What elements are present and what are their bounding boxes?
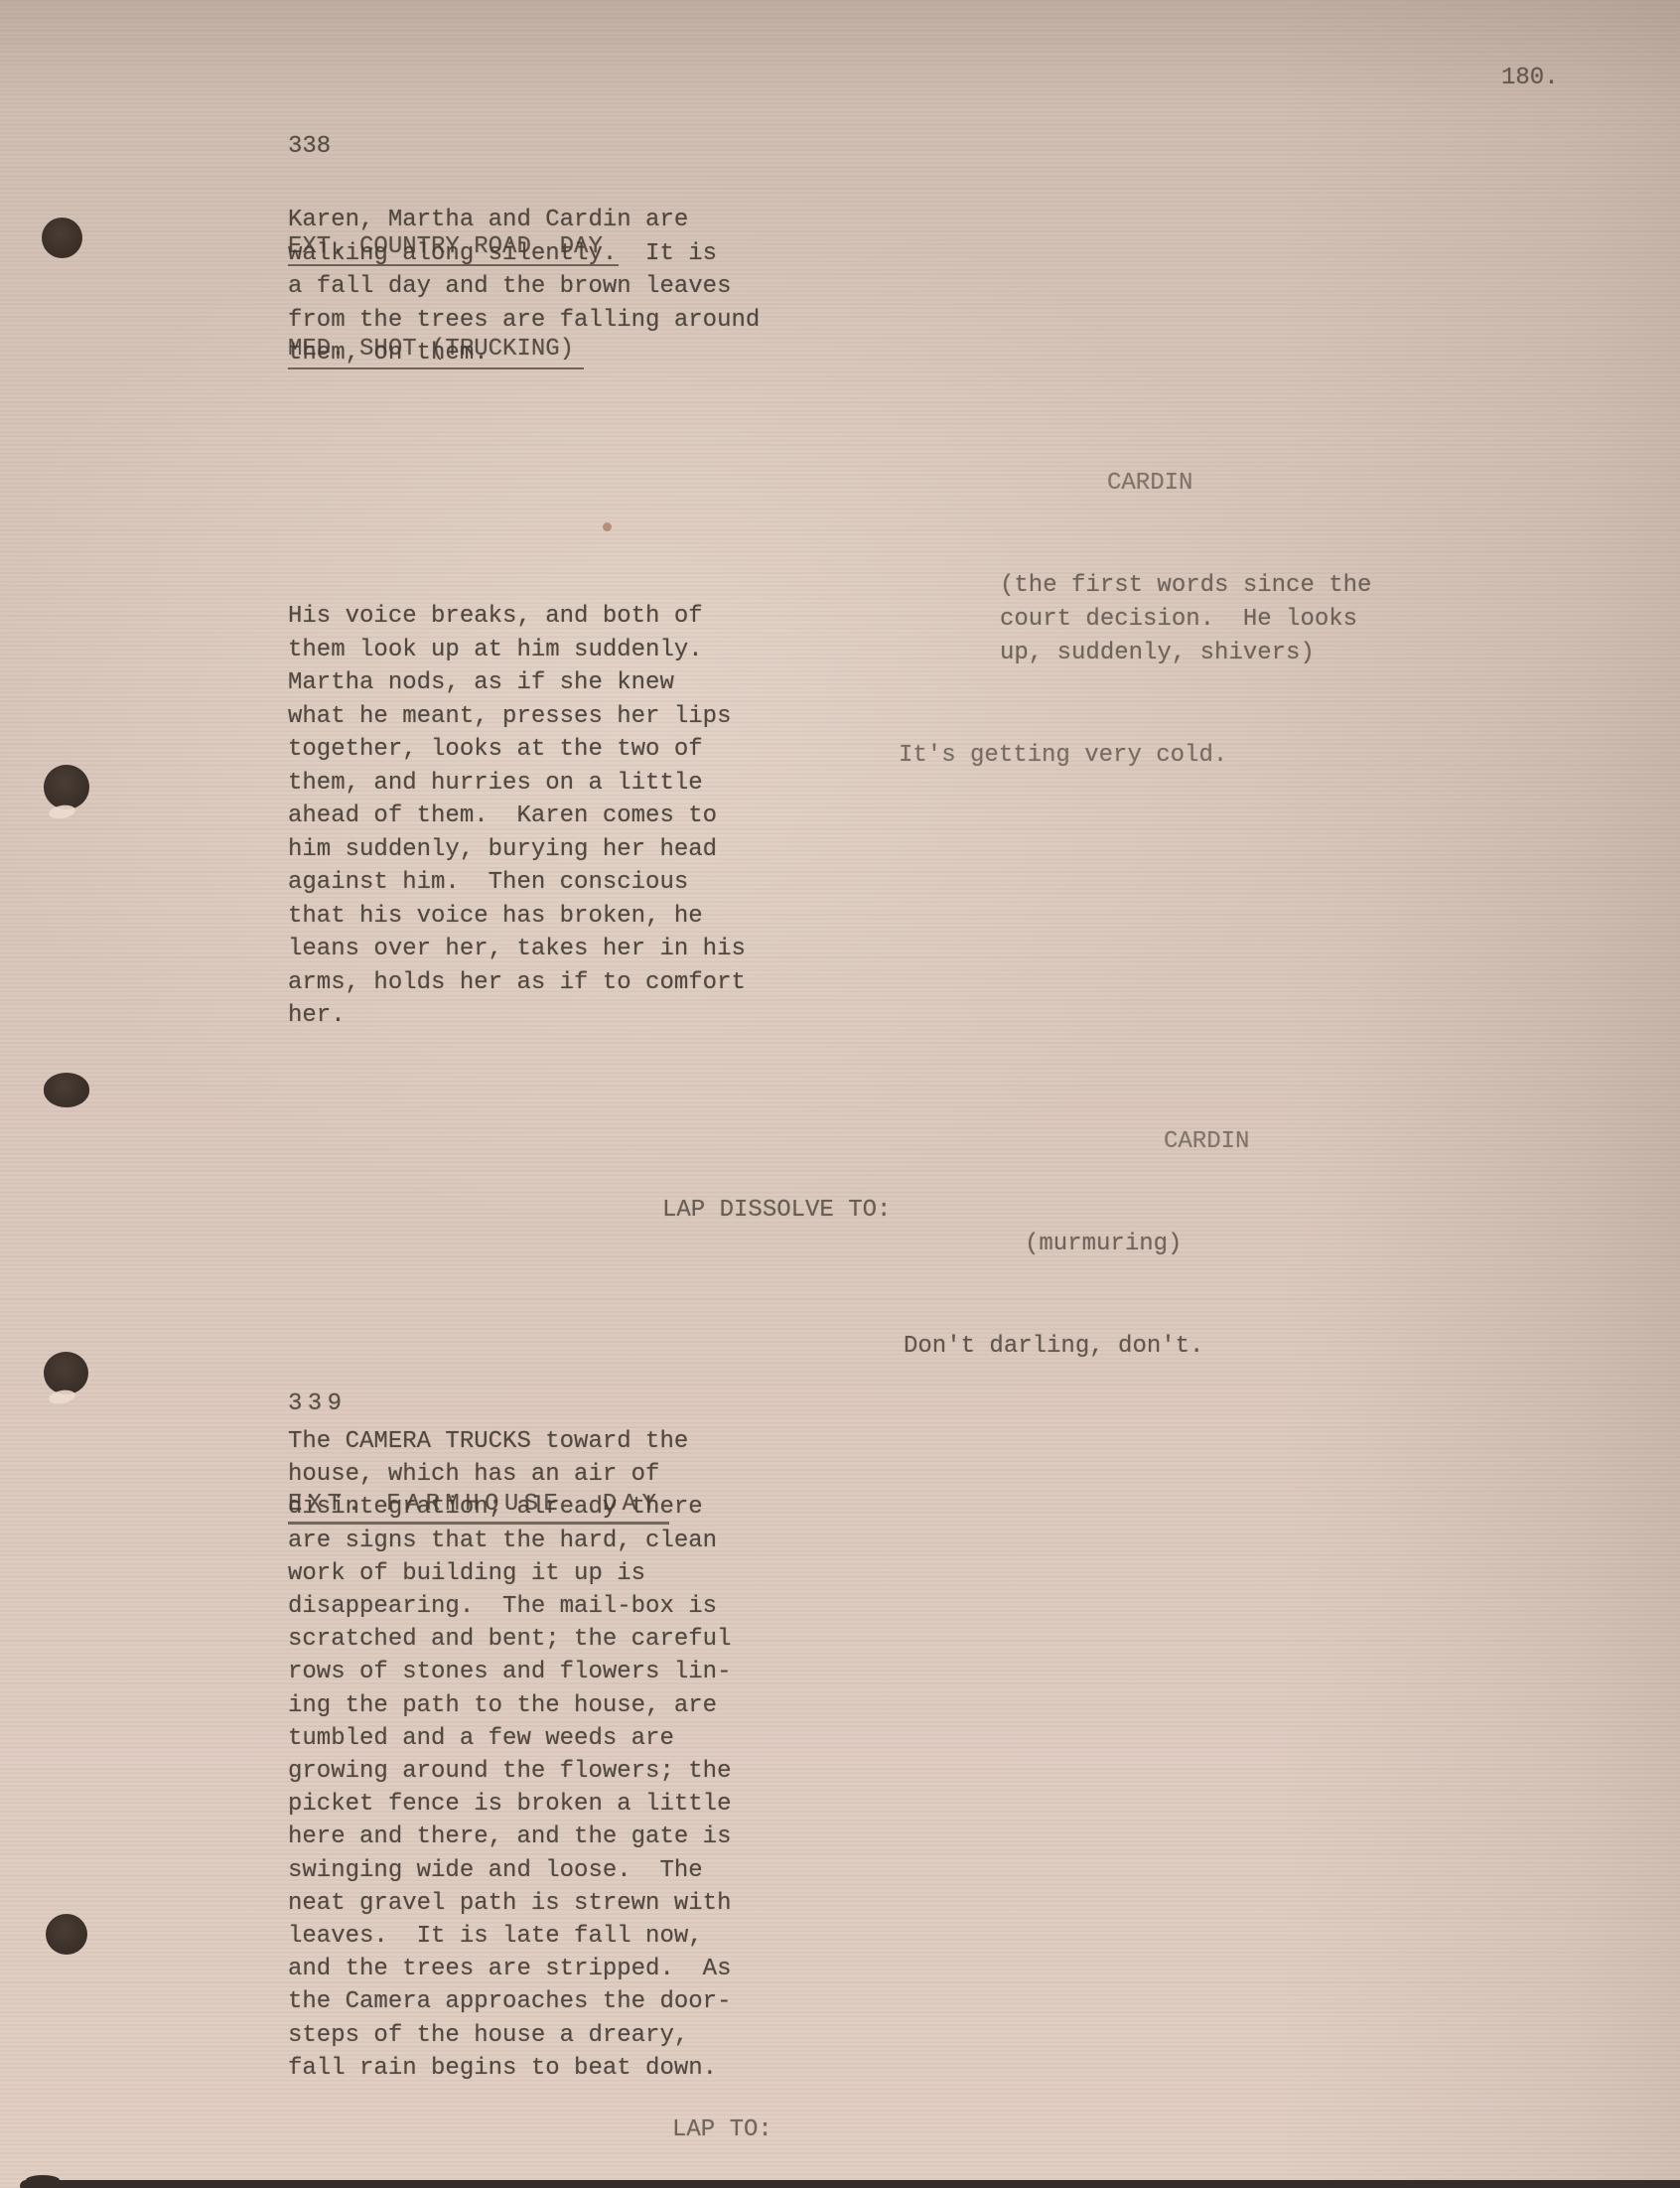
character-name: CARDIN xyxy=(1107,467,1371,501)
dialogue-block: CARDIN (murmuring) Don't darling, don't. xyxy=(904,1058,1249,1431)
punch-hole xyxy=(44,1073,89,1107)
punch-hole xyxy=(46,1914,87,1955)
scene-number: 339 xyxy=(288,1387,669,1421)
transition: LAP TO: xyxy=(672,2114,772,2147)
punch-hole xyxy=(42,218,82,258)
scene-number: 338 xyxy=(288,130,619,164)
punch-hole xyxy=(44,765,89,809)
parenthetical: (the first words since the court decisio… xyxy=(1000,569,1371,671)
character-name: CARDIN xyxy=(1164,1125,1249,1159)
dialogue-block: CARDIN (the first words since the court … xyxy=(899,399,1371,841)
dialogue-line: It's getting very cold. xyxy=(899,739,1371,773)
dialogue-line: Don't darling, don't. xyxy=(904,1330,1249,1364)
action-paragraph: His voice breaks, and both of them look … xyxy=(288,600,746,1033)
page-number: 180. xyxy=(1501,62,1559,95)
script-page: 180. 338 EXT. COUNTRY ROAD DAY MED. SHOT… xyxy=(0,0,1680,2188)
parenthetical: (murmuring) xyxy=(1025,1228,1249,1261)
paper-stain xyxy=(603,522,612,531)
action-paragraph: Karen, Martha and Cardin are walking alo… xyxy=(288,204,760,370)
action-paragraph: The CAMERA TRUCKS toward the house, whic… xyxy=(288,1425,731,2085)
punch-hole xyxy=(44,1352,88,1394)
transition: LAP DISSOLVE TO: xyxy=(662,1194,891,1228)
page-bottom-edge xyxy=(20,2180,1680,2188)
